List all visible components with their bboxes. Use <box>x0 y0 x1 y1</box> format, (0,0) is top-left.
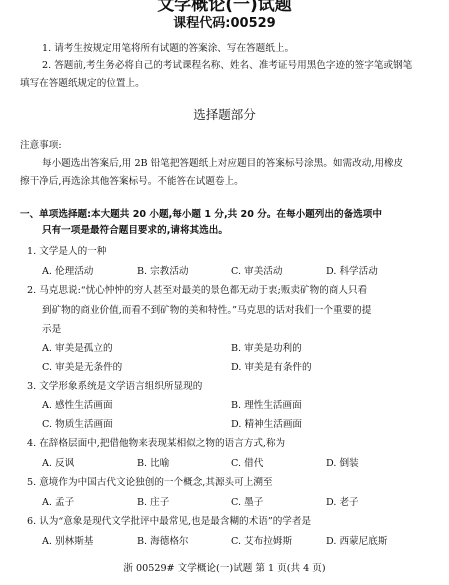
q4-option-d: D. 倒装 <box>326 455 359 469</box>
q1-option-a: A. 伦理活动 <box>42 263 93 277</box>
notice-line-2: 擦干净后,再选涂其他答案标号。不能答在试题卷上。 <box>20 173 244 187</box>
instruction-1: 1. 请考生按规定用笔将所有试题的答案涂、写在答题纸上。 <box>42 40 294 54</box>
q4-option-a: A. 反讽 <box>42 455 74 469</box>
question-1-stem: 1. 文学是人的一种 <box>27 243 106 257</box>
q3-option-a: A. 感性生活画面 <box>42 397 113 411</box>
part-heading-2: 只有一项是最符合题目要求的,请将其选出。 <box>42 222 228 236</box>
q6-option-c: C. 艾布拉姆斯 <box>231 533 292 547</box>
section-title: 选择题部分 <box>0 105 449 123</box>
question-2-stem-2: 到矿物的商业价值,而看不到矿物的美和特性。”马克思的话对我们一个重要的提 <box>42 302 371 316</box>
q5-option-c: C. 墨子 <box>231 494 263 508</box>
notice-label: 注意事项: <box>20 137 62 151</box>
question-3-stem: 3. 文学形象系统是文学语言组织所显现的 <box>27 378 202 392</box>
q5-option-a: A. 孟子 <box>42 494 74 508</box>
q3-option-c: C. 物质生活画面 <box>42 416 113 430</box>
page-footer: 浙 00529# 文学概论(一)试题 第 1 页(共 4 页) <box>0 560 449 574</box>
q1-option-c: C. 审美活动 <box>231 263 282 277</box>
question-2-stem-3: 示是 <box>42 321 61 335</box>
question-6-stem: 6. 认为“意象是现代文学批评中最常见,也是最含糊的术语”的学者是 <box>27 513 311 527</box>
notice-line-1: 每小题选出答案后,用 2B 铅笔把答题纸上对应题目的答案标号涂黑。如需改动,用橡… <box>42 155 403 169</box>
question-5-stem: 5. 意境作为中国古代文论独创的一个概念,其源头可上溯至 <box>27 474 273 488</box>
q3-option-b: B. 理性生活画面 <box>231 397 302 411</box>
instruction-2-cont: 填写在答题纸规定的位置上。 <box>20 75 145 89</box>
course-code: 课程代码:00529 <box>0 12 449 31</box>
q2-option-b: B. 审美是功利的 <box>231 340 302 354</box>
instruction-2: 2. 答题前,考生务必将自己的考试课程名称、姓名、准考证号用黑色字迹的签字笔或钢… <box>42 57 412 71</box>
q6-option-b: B. 海德格尔 <box>137 533 189 547</box>
q4-option-b: B. 比喻 <box>137 455 169 469</box>
q6-option-a: A. 别林斯基 <box>42 533 93 547</box>
q3-option-d: D. 精神生活画面 <box>231 416 302 430</box>
q2-option-c: C. 审美是无条件的 <box>42 359 122 373</box>
part-heading-1: 一、单项选择题:本大题共 20 小题,每小题 1 分,共 20 分。在每小题列出… <box>20 206 382 220</box>
q5-option-b: B. 庄子 <box>137 494 169 508</box>
q1-option-d: D. 科学活动 <box>326 263 378 277</box>
question-2-stem-1: 2. 马克思说:“忧心忡忡的穷人甚至对最美的景色都无动于衷;贩卖矿物的商人只看 <box>27 282 367 296</box>
question-4-stem: 4. 在辞格层面中,把借他物来表现某相似之物的语言方式,称为 <box>27 435 285 449</box>
q1-option-b: B. 宗教活动 <box>137 263 189 277</box>
q5-option-d: D. 老子 <box>326 494 359 508</box>
q2-option-d: D. 审美是有条件的 <box>231 359 312 373</box>
q6-option-d: D. 西蒙尼底斯 <box>326 533 387 547</box>
q2-option-a: A. 审美是孤立的 <box>42 340 113 354</box>
q4-option-c: C. 借代 <box>231 455 263 469</box>
